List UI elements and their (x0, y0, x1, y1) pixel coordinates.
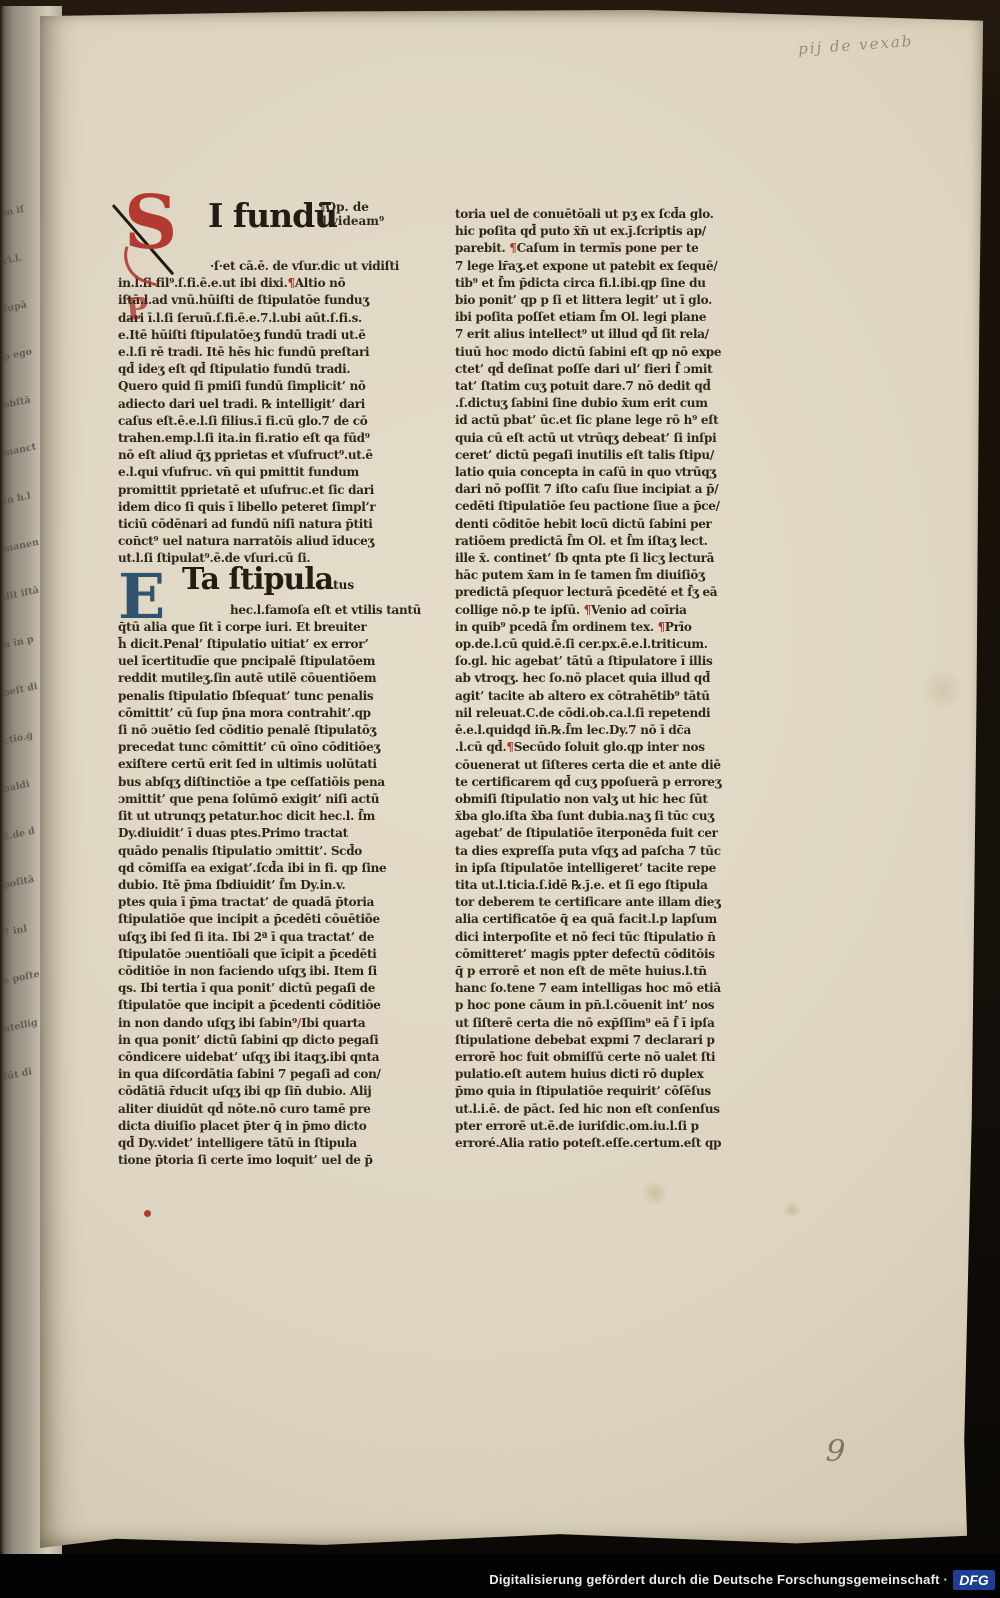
text-line: h̄ dicit.Penal’ ſtipulatio uitiat’ ex er… (118, 636, 400, 653)
text-line: bio ponit’ qp p ſi et littera legit’ ut … (455, 292, 737, 309)
text-line: te certificarem qd̄ cuʒ ppoſuerā p error… (455, 774, 737, 791)
text-line: exiſtere certū erit ſed in ultimis uolūt… (118, 756, 400, 773)
pencil-folio-number: 9 (825, 1433, 846, 1469)
text-line: dicta diuiſio placet p̄ter q̄ in p̄mo di… (118, 1118, 400, 1135)
text-line: tor deberem te certificare ante illam di… (455, 894, 737, 911)
text-line: cōndicere uidebat’ uſqʒ ibi itaqʒ.ibi qn… (118, 1049, 400, 1066)
parchment-stain (640, 1182, 670, 1204)
text-line: p̄mo quia in ſtipulatiōe requirit’ cōſēſ… (455, 1083, 737, 1100)
side-note-line: .l.videam⁹ (318, 214, 384, 228)
text-line: ſi nō ɔuētio ſed cōditio penalē ſtipulat… (118, 722, 400, 739)
text-line: latio quia concepta in caſū in quo vtrūq… (455, 464, 737, 481)
parchment-stain (782, 1202, 802, 1218)
spine-fragment: obſtā (3, 392, 44, 411)
text-line: quia cū eſt actū ut vtrūqʒ debeat’ ſi in… (455, 430, 737, 447)
side-note-line: ¶Op. de (318, 200, 384, 214)
text-line: tib⁹ et ſ̄m p̄dicta circa fi.l.ibi.qp ſi… (455, 275, 737, 292)
text-line: in non dando uſqʒ ibi ſabin⁹∕Ibi quarta (118, 1015, 400, 1032)
spine-fragment: ctio.ģ (3, 728, 44, 747)
text-line: alia certificatōe q̄ ea quā facit.l.p la… (455, 911, 737, 928)
text-line: cōdātiā r̄ducit uſqʒ ibi qp ſin̄ dubio. … (118, 1083, 400, 1100)
text-line: qd̄ Dy.videt’ intelligere tātū in ſtipul… (118, 1135, 400, 1152)
text-line: in ipſa ſtipulatōe intelligeret’ tacite … (455, 860, 737, 877)
parchment-stain (920, 670, 966, 710)
text-line: hanc ſo.tene 7 eam intelligas hoc mō eti… (455, 980, 737, 997)
text-line: dici interpoſite et nō feci tūc ſtipulat… (455, 929, 737, 946)
spine-fragment: ntellig (3, 1016, 44, 1035)
text-line: idem dico ſi quis ī libello peteret ſimp… (118, 499, 400, 516)
text-line: ɔmittit’ que pena ſolūmō exigit’ niſi ac… (118, 791, 400, 808)
text-line: penalis ſtipulatio ſbſequat’ tunc penali… (118, 688, 400, 705)
text-line: ille x̄. continet’ ſb qnta pte ſi licʒ l… (455, 550, 737, 567)
text-line: cedēti ſtipulatiōe ſeu pactione ſiue a p… (455, 498, 737, 515)
text-line: uſqʒ ibi ſed ſi ita. Ibi 2ª ī qua tracta… (118, 929, 400, 946)
spine-fragment: in h.l (3, 488, 44, 507)
text-line: toria uel de conuētōali ut pʒ ex ſcd̄a g… (455, 206, 737, 223)
text-line: ceret’ dictū pegaſi inutilis eſt talis ſ… (455, 447, 737, 464)
text-line: obmiſi ſtipulatio non valʒ ut hic hec ſū… (455, 791, 737, 808)
text-line: cōuenerat ut ſiſteres certa die et ante … (455, 757, 737, 774)
text-line: q̄ p errorē et non eſt de mēte huius.l.t… (455, 963, 737, 980)
spine-fragment: beſt di (3, 680, 44, 699)
text-line: ab vtroqʒ. hec ſo.nō placet quia illud q… (455, 670, 737, 687)
red-ink-dot (144, 1210, 151, 1217)
text-line: ctet’ qd̄ deſinat poſſe dari ul’ fieri ſ… (455, 361, 737, 378)
text-line: ſo.gl. hic agebat’ tātū a ſtipulatore ī … (455, 653, 737, 670)
spine-fragment: fūt di (3, 1064, 44, 1083)
section-heading-ita-stipulatus: E Ta ſtipulatus (118, 570, 400, 602)
text-line: pulatio.eſt autem huius dicti rō duplex (455, 1066, 737, 1083)
text-line: id actū pbat’ ūc.et ſic plane lege rō h⁹… (455, 412, 737, 429)
text-line: hic poſita qd̄ puto x̄n̄ ut ex.j̄.ſcript… (455, 223, 737, 240)
text-line: hāc putem x̄am in ſe tamen ſ̄m diuiſiōʒ (455, 567, 737, 584)
dfg-logo: DFG (953, 1570, 995, 1590)
text-line: nil releuat.C.de cōdi.ob.ca.l.ſi repeten… (455, 705, 737, 722)
text-line: tat’ ſtatim cuʒ potuit dare.7 nō dedit q… (455, 378, 737, 395)
text-line: promittit pprietatē et uſufruc.et ſic da… (118, 482, 400, 499)
text-line: adiecto dari uel tradi. ℞ intelligit’ da… (118, 396, 400, 413)
book-scan: m iſri.l.ſupāp egoobſtāmanctin h.lmanend… (0, 0, 1000, 1598)
text-line: collige nō.p te ipſū. ¶Venio ad coīria (455, 602, 737, 619)
spine-fragment: p ego (3, 344, 44, 363)
spine-fragment: baldi (3, 776, 44, 795)
spine-fragment: e poſte (3, 968, 44, 987)
text-line: aliter diuidūt qd̄ nōte.nō curo tamē pre (118, 1101, 400, 1118)
paragraph-si-fundu: in.l.ſi fil⁹.ſ.fi.ē.e.ut ibi dixi.¶Altio… (118, 275, 400, 378)
text-column-right: toria uel de conuētōali ut pʒ ex ſcd̄a g… (455, 206, 737, 1152)
text-line: tione p̄toria ſi certe īmo loquit’ uel d… (118, 1152, 400, 1169)
text-line: .l.cū qd̄.¶Secūdo ſoluit glo.qp inter no… (455, 739, 737, 756)
text-line: pter errorē ut.ē.de iuriſdic.om.iu.l.ſi … (455, 1118, 737, 1135)
text-line: denti cōditōe hebit locū dictū ſabini pe… (455, 516, 737, 533)
text-line: in qua diſcordātia ſabini 7 pegaſi ad co… (118, 1066, 400, 1083)
spine-fragment: manen (3, 536, 44, 555)
text-column-left: S I fundū ¶Op. de .l.videam⁹ ·ſ·et cā.ē.… (118, 200, 400, 1169)
text-line: .ſ.dictuʒ ſabini ſine dubio x̄um erit cu… (455, 395, 737, 412)
text-line: e.l.ſi rē tradi. Itē hēs hic fundū preſt… (118, 344, 400, 361)
text-line: uel īcertitudīe que pncipalē ſtipulatōem (118, 653, 400, 670)
heading-main: Ta ſtipula (182, 562, 333, 597)
text-line: ſtipulatōe ɔuentiōali que īcipit a p̄ced… (118, 946, 400, 963)
spine-fragment: n in p (3, 632, 44, 651)
text-line: e.Itē hūiſti ſtipulatōeʒ fundū tradi ut.… (118, 327, 400, 344)
spine-fragment: ri.l. (3, 248, 44, 267)
text-line: ratiōem predictā ſ̄m Ol. et ſ̄m iſtaʒ le… (455, 533, 737, 550)
text-line: con̄ct⁹ uel natura narratōis aliud īduce… (118, 533, 400, 550)
manuscript-page: pij de vexab P 9 S I fundū ¶Op. de .l.vi… (40, 10, 985, 1548)
text-line: e.l.qui vſufruc. vn̄ qui pmittit fundum (118, 464, 400, 481)
digitization-banner: Digitalisierung gefördert durch die Deut… (0, 1554, 1000, 1598)
text-line: Quero quid ſi pmiſi fundū ſimplicit’ nō (118, 378, 400, 395)
spine-fragment: 7 inl (3, 920, 44, 939)
text-line: x̄ba glo.iſta x̄ba ſunt dubia.naʒ ſi tūc… (455, 808, 737, 825)
spine-fragment: m iſ (3, 200, 44, 219)
text-line: ut ſiſterē certa die nō exp̄ſſim⁹ eā ſ̄ … (455, 1015, 737, 1032)
spine-showthrough-fragments: m iſri.l.ſupāp egoobſtāmanctin h.lmanend… (3, 204, 43, 1079)
text-line: 7 erit alius intellect⁹ ut illud qd̄ ſit… (455, 326, 737, 343)
text-line: predictā pſequor lecturā p̄cedēté et ſ̄ʒ… (455, 584, 737, 601)
text-line: dari ī.l.ſi ſeruū.ſ.fi.ē.e.7.l.ubi aūt.ſ… (118, 310, 400, 327)
text-line: caſus eſt.ē.e.l.ſi filius.ī fi.cū glo.7 … (118, 413, 400, 430)
text-line: ta dies expreſſa puta vſqʒ ad paſcha 7 t… (455, 843, 737, 860)
text-line: qd cōmiſſa ea exigat’.ſcd̄a ibi in fi. q… (118, 860, 400, 877)
heading-text: Ta ſtipulatus (182, 562, 354, 597)
text-line: in quib⁹ pcedā ſ̄m ordinem tex. ¶Prīo (455, 619, 737, 636)
spine-fragment: manct (3, 440, 44, 459)
text-line: tita ut.l.ticia.ſ.idē ℞.j̄.e. et ſi ego … (455, 877, 737, 894)
text-line: precedat tunc cōmittit’ cū oīno cōditiōe… (118, 739, 400, 756)
text-line: cōmitteret’ magis ppter defectū cōditōis (455, 946, 737, 963)
text-line: ptes quia ī p̄ma tractat’ de quadā p̄tor… (118, 894, 400, 911)
text-line: ſtipulatiōe que incipit a p̄cedēti cōuēt… (118, 911, 400, 928)
digitization-credit: Digitalisierung gefördert durch die Deut… (489, 1572, 948, 1587)
spine-fragment: ē.de d (3, 824, 44, 843)
paragraph-quero: Quero quid ſi pmiſi fundū ſimplicit’ nōa… (118, 378, 400, 567)
text-line: ut.l.i.ē. de pāct. ſed hic non eſt conſe… (455, 1101, 737, 1118)
text-line: qs. Ibi tertia ī qua ponit’ dictū pegaſi… (118, 980, 400, 997)
text-line: erroré.Alia ratio poteſt.eſſe.certum.eſt… (455, 1135, 737, 1152)
text-line: p hoc pone cāum in pn̄.l.cōuenit int’ no… (455, 997, 737, 1014)
text-line: agit’ tacite ab altero ex cōtrahētib⁹ tā… (455, 688, 737, 705)
text-line: quādo penalis ſtipulatio ɔmittit’. Scd̄o (118, 843, 400, 860)
text-line: errorē hoc fuit obmiſſū certe nō ualet ſ… (455, 1049, 737, 1066)
text-line: ſtipulatōe que incipit a p̄cedenti cōdit… (118, 997, 400, 1014)
illuminated-initial-E: E (118, 568, 165, 626)
text-line: cōditiōe in non faciendo uſqʒ ibi. Item … (118, 963, 400, 980)
text-line: trahen.emp.l.ſi ita.in fi.ratio eſt qa f… (118, 430, 400, 447)
text-line: 7 lege lr̄aʒ.et expone ut patebit ex ſeq… (455, 258, 737, 275)
text-line: ticiū cōdēnari ad fundū niſi natura p̄ti… (118, 516, 400, 533)
text-line: in qua ponit’ dictū ſabini qp dicto pega… (118, 1032, 400, 1049)
spine-fragment: dit iſtā (3, 584, 44, 603)
paragraph-commentary: q̄tū alia que ſit ī corpe iuri. Et breui… (118, 619, 400, 1170)
text-line: bus abſqʒ diſtinctiōe a tpe ceſſatiōis p… (118, 774, 400, 791)
heading-suffix: tus (333, 578, 354, 592)
text-line: cōmittit’ cū ſup p̄na mora contrahit’.qp (118, 705, 400, 722)
text-line: ſit ut utrunqʒ petatur.hoc dicit hec.l. … (118, 808, 400, 825)
heading-side-note: ¶Op. de .l.videam⁹ (318, 200, 384, 228)
text-line: dari nō poſſit 7 iſto caſu ſiue incipiat… (455, 481, 737, 498)
spine-fragment: ſupā (3, 296, 44, 315)
text-line: parebit. ¶Caſum in termīs pone per te (455, 240, 737, 257)
handwritten-annotation: pij de vexab (798, 32, 914, 58)
column-text: toria uel de conuētōali ut pʒ ex ſcd̄a g… (455, 206, 737, 1152)
text-line: reddit mutileʒ.ſin autē utilē cōuentiōem (118, 670, 400, 687)
text-line: ē.e.l.quidqd in̄.℞.ſ̄m lec.Dy.7 nō ī dc̄… (455, 722, 737, 739)
section-heading-si-fundu: S I fundū ¶Op. de .l.videam⁹ (118, 200, 400, 258)
text-line: tiuū hoc modo dictū ſabini eſt qp nō exp… (455, 344, 737, 361)
text-line: iſtā.l.ad vnū.hūiſti de ſtipulatōe fundu… (118, 292, 400, 309)
text-line: dubio. Itē p̄ma ſbdiuidit’ ſ̄m Dy.in.v. (118, 877, 400, 894)
text-line: ſtipulatione debebat expmi 7 declarari p (455, 1032, 737, 1049)
text-line: agebat’ de ſtipulatiōe īterponēda fuit c… (455, 825, 737, 842)
text-line: op.de.l.cū quid.ē.ſi cer.px.ē.e.l.tritic… (455, 636, 737, 653)
text-line: ibi poſita poſſet etiam ſ̄m Ol. legi pla… (455, 309, 737, 326)
spine-fragment: poſitā (3, 872, 44, 891)
text-line: Dy.diuidit’ ī duas ptes.Primo tractat (118, 825, 400, 842)
text-line: nō eſt aliud q̄ʒ pprietas et vſufruct⁹.u… (118, 447, 400, 464)
text-line: qd̄ ideʒ eſt qd̄ ſtipulatio fundū tradi. (118, 361, 400, 378)
